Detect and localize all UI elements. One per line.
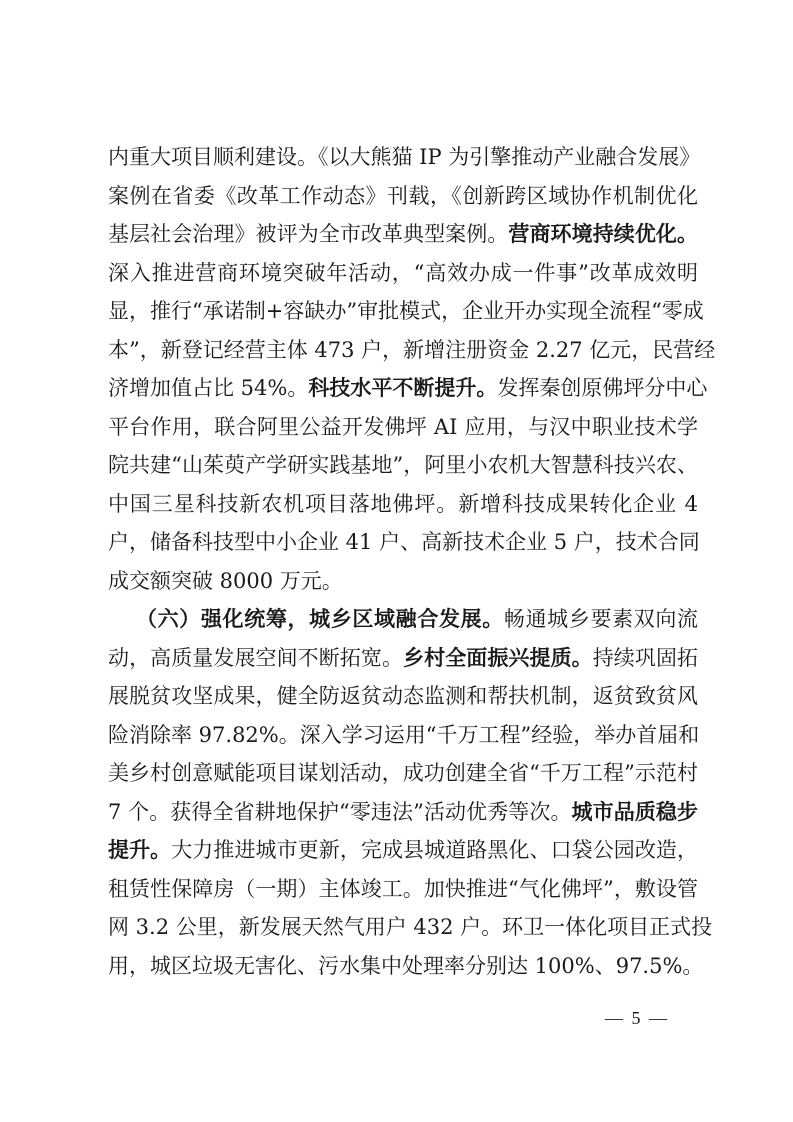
body-text-segment: 平台作用，联合阿里公益开发佛坪 AI 应用，与汉中职业技术学 [108,415,698,439]
text-line: 动，高质量发展空间不断拓宽。乡村全面振兴提质。持续巩固拓 [108,643,698,673]
page-number: — 5 — [605,1008,669,1029]
body-text-segment: 院共建“山茱萸产学研实践基地”，阿里小农机大智慧科技兴农、 [108,453,698,477]
text-line: 户，储备科技型中小企业 41 户、高新技术企业 5 户，技术合同 [108,527,698,557]
text-line: 中国三星科技新农机项目落地佛坪。新增科技成果转化企业 4 [108,489,698,519]
text-line: 网 3.2 公里，新发展天然气用户 432 户。环卫一体化项目正式投 [108,912,698,942]
body-text-segment: 深入推进营商环境突破年活动，“高效办成一件事”改革成效明 [108,261,698,285]
text-line: 内重大项目顺利建设。《以大熊猫 IP 为引擎推动产业融合发展》 [108,142,698,172]
body-text-segment: 内重大项目顺利建设。《以大熊猫 IP 为引擎推动产业融合发展》 [108,145,700,169]
body-text-segment: 展脱贫攻坚成果，健全防返贫动态监测和帮扶机制，返贫致贫风 [108,684,698,708]
text-line: 院共建“山茱萸产学研实践基地”，阿里小农机大智慧科技兴农、 [108,450,698,480]
text-line: 提升。大力推进城市更新，完成县城道路黑化、口袋公园改造， [108,835,698,865]
body-text-segment: 网 3.2 公里，新发展天然气用户 432 户。环卫一体化项目正式投 [108,915,712,939]
bold-heading-text: 科技水平不断提升。 [308,376,497,400]
body-text-segment: 畅通城乡要素双向流 [504,607,698,631]
text-line: 7 个。获得全省耕地保护“零违法”活动优秀等次。城市品质稳步 [108,797,698,827]
text-line: 险消除率 97.82%。深入学习运用“千万工程”经验，举办首届和 [108,720,698,750]
text-line: 深入推进营商环境突破年活动，“高效办成一件事”改革成效明 [108,258,698,288]
bold-heading-text: 营商环境持续优化。 [508,222,698,246]
body-text-segment: 租赁性保障房（一期）主体竣工。加快推进“气化佛坪”，敷设管 [108,877,698,901]
text-line: 租赁性保障房（一期）主体竣工。加快推进“气化佛坪”，敷设管 [108,874,698,904]
body-text-segment: 美乡村创意赋能项目谋划活动，成功创建全省“千万工程”示范村 [108,761,698,785]
body-text-segment: 持续巩固拓 [593,646,698,670]
body-text-segment: 基层社会治理》被评为全市改革典型案例。 [108,222,508,246]
text-line: 案例在省委《改革工作动态》刊载，《创新跨区域协作机制优化 [108,181,698,211]
body-text-segment: 大力推进城市更新，完成县城道路黑化、口袋公园改造， [171,838,698,862]
text-line: （六）强化统筹，城乡区域融合发展。畅通城乡要素双向流 [136,604,698,634]
body-text-segment: 显，推行“承诺制+容缺办”审批模式，企业开办实现全流程“零成 [108,299,704,323]
body-text-segment: 用，城区垃圾无害化、污水集中处理率分别达 100%、97.5%。 [108,954,703,978]
body-text-segment: 户，储备科技型中小企业 41 户、高新技术企业 5 户，技术合同 [108,530,700,554]
body-text-segment: 案例在省委《改革工作动态》刊载，《创新跨区域协作机制优化 [108,184,698,208]
text-line: 成交额突破 8000 万元。 [108,566,698,596]
bold-heading-text: 城市品质稳步 [572,800,698,824]
text-line: 展脱贫攻坚成果，健全防返贫动态监测和帮扶机制，返贫致贫风 [108,681,698,711]
body-text-segment: 动，高质量发展空间不断拓宽。 [108,646,403,670]
text-line: 本”，新登记经营主体 473 户，新增注册资金 2.27 亿元，民营经 [108,335,698,365]
text-line: 用，城区垃圾无害化、污水集中处理率分别达 100%、97.5%。 [108,951,698,981]
text-line: 平台作用，联合阿里公益开发佛坪 AI 应用，与汉中职业技术学 [108,412,698,442]
bold-heading-text: 提升。 [108,838,171,862]
body-text-segment: 7 个。获得全省耕地保护“零违法”活动优秀等次。 [108,800,572,824]
body-text-segment: 中国三星科技新农机项目落地佛坪。新增科技成果转化企业 4 [108,492,698,516]
text-line: 显，推行“承诺制+容缺办”审批模式，企业开办实现全流程“零成 [108,296,698,326]
body-text-segment: 济增加值占比 54%。 [108,376,308,400]
body-text-segment: 成交额突破 8000 万元。 [108,569,343,593]
body-text-segment: 险消除率 97.82%。深入学习运用“千万工程”经验，举办首届和 [108,723,699,747]
document-page: 内重大项目顺利建设。《以大熊猫 IP 为引擎推动产业融合发展》案例在省委《改革工… [0,0,793,1122]
bold-heading-text: （六）强化统筹，城乡区域融合发展。 [136,607,504,631]
body-text-segment: 发挥秦创原佛坪分中心 [497,376,707,400]
text-line: 基层社会治理》被评为全市改革典型案例。营商环境持续优化。 [108,219,698,249]
bold-heading-text: 乡村全面振兴提质。 [403,646,593,670]
text-line: 济增加值占比 54%。科技水平不断提升。发挥秦创原佛坪分中心 [108,373,698,403]
text-line: 美乡村创意赋能项目谋划活动，成功创建全省“千万工程”示范村 [108,758,698,788]
body-text-segment: 本”，新登记经营主体 473 户，新增注册资金 2.27 亿元，民营经 [108,338,715,362]
